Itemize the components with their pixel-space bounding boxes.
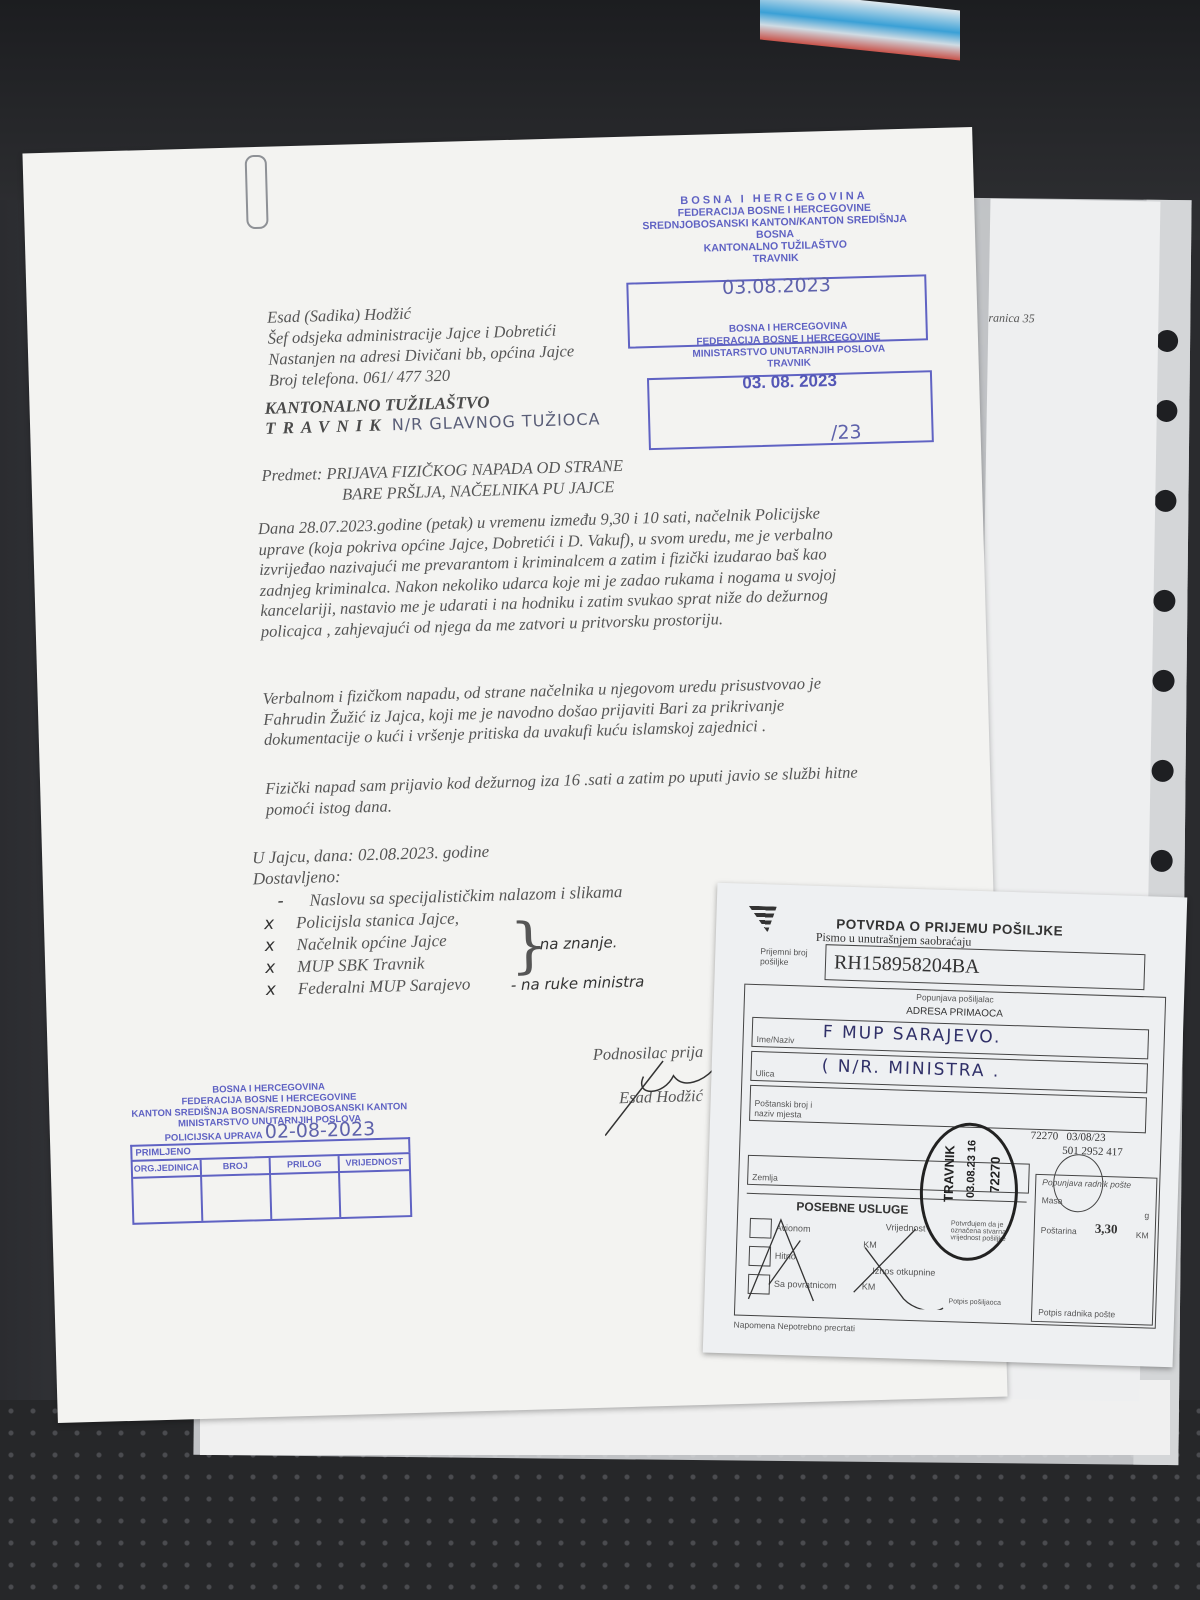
body-paragraph: Fizički napad sam prijavio kod dežurnog … xyxy=(265,762,866,820)
subject-label: Predmet: xyxy=(261,464,322,485)
crossed-out-scribble xyxy=(743,1214,946,1310)
recipient-city: TRAVNIK xyxy=(265,415,388,437)
sender-block: Esad (Sadika) Hodžić Šef odsjeka adminis… xyxy=(267,298,575,391)
ministry-received-stamp: BOSNA I HERCEGOVINA FEDERACIJA BOSNE I H… xyxy=(646,318,934,450)
police-received-stamp: BOSNA I HERCEGOVINA FEDERACIJA BOSNE I H… xyxy=(129,1079,413,1225)
punch-hole xyxy=(1153,590,1175,612)
stamp-date: 02-08-2023 xyxy=(265,1118,376,1143)
subject-block: Predmet: PRIJAVA FIZIČKOG NAPADA OD STRA… xyxy=(261,455,624,507)
punch-hole xyxy=(1154,490,1176,512)
stamp-date: 03.08.2023 xyxy=(722,274,831,299)
tracking-label: Prijemni broj pošiljke xyxy=(760,946,821,968)
punch-hole xyxy=(1152,670,1174,692)
handwritten-note-minister: - na ruke ministra xyxy=(511,972,645,994)
punch-hole xyxy=(1156,330,1178,352)
punch-hole xyxy=(1155,400,1177,422)
tracking-number: RH158958204BA xyxy=(824,944,1145,990)
stamp-initials: /23 xyxy=(831,426,862,439)
closing-block: U Jajcu, dana: 02.08.2023. godine Dostav… xyxy=(252,841,490,890)
postage-fee: 3,30 xyxy=(1095,1221,1118,1238)
handwritten-note-info: na znanje. xyxy=(539,933,617,953)
punch-hole xyxy=(1151,850,1173,872)
body-paragraph: Dana 28.07.2023.godine (petak) u vremenu… xyxy=(258,502,861,642)
printed-code-date: 72270 03/08/23 xyxy=(1031,1130,1106,1144)
signature-scribble xyxy=(603,1044,725,1137)
receipt-footer: Napomena Nepotrebno precrtati xyxy=(733,1319,855,1333)
recipient-block: KANTONALNO TUŽILAŠTVO TRAVNIK N/R GLAVNO… xyxy=(264,389,600,438)
paperclip-icon xyxy=(245,155,269,230)
stamp-date: 03. 08. 2023 xyxy=(649,372,930,392)
body-paragraph: Verbalnom i fizičkom napadu, od strane n… xyxy=(263,672,864,750)
postal-receipt: POTVRDA O PRIJEMU POŠILJKE Pismo u unutr… xyxy=(703,883,1188,1368)
postal-code-field: Poštanski broj i naziv mjesta xyxy=(749,1085,1147,1133)
page-number-label: ranica 35 xyxy=(988,311,1035,327)
post-logo-icon xyxy=(748,906,777,933)
punch-hole xyxy=(1152,760,1174,782)
